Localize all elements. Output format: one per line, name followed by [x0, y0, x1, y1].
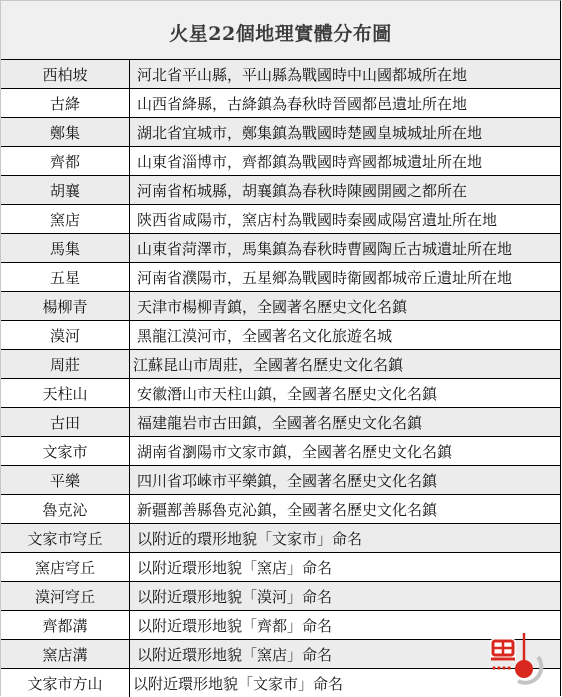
table-title-row: 火星22個地理實體分布圖 — [1, 1, 560, 60]
place-name-cell: 齊都溝 — [1, 611, 130, 639]
table-row: 鄭集 湖北省宜城市，鄭集鎮為戰國時楚國皇城城址所在地 — [1, 118, 560, 147]
table-row: 窯店溝 以附近環形地貌「窯店」命名 — [1, 640, 560, 669]
table-row: 文家市方山 以附近環形地貌「文家市」命名 — [1, 669, 560, 697]
table-row: 西柏坡 河北省平山縣，平山縣為戰國時中山國都城所在地 — [1, 60, 560, 89]
table-row: 漠河 黑龍江漠河市，全國著名文化旅遊名城 — [1, 321, 560, 350]
place-description-cell: 福建龍岩市古田鎮，全國著名歷史文化名鎮 — [130, 408, 560, 436]
place-description-cell: 天津市楊柳青鎮，全國著名歷史文化名鎮 — [130, 292, 560, 320]
table-row: 五星 河南省濮陽市，五星鄉為戰國時衛國都城帝丘遺址所在地 — [1, 263, 560, 292]
place-description-cell: 黑龍江漠河市，全國著名文化旅遊名城 — [130, 321, 560, 349]
place-description-cell: 河南省濮陽市，五星鄉為戰國時衛國都城帝丘遺址所在地 — [130, 263, 560, 291]
table-row: 馬集 山東省菏澤市，馬集鎮為春秋時曹國陶丘古城遺址所在地 — [1, 234, 560, 263]
place-description-cell: 河南省柘城縣，胡襄鎮為春秋時陳國開國之都所在 — [130, 176, 560, 204]
table-row: 文家市穹丘 以附近的環形地貌「文家市」命名 — [1, 524, 560, 553]
place-name-cell: 窯店 — [1, 205, 130, 233]
table-row: 漠河穹丘 以附近環形地貌「漠河」命名 — [1, 582, 560, 611]
table-row: 魯克沁 新疆鄯善縣魯克沁鎮，全國著名歷史文化名鎮 — [1, 495, 560, 524]
place-description-cell: 新疆鄯善縣魯克沁鎮，全國著名歷史文化名鎮 — [130, 495, 560, 523]
place-description-cell: 以附近的環形地貌「文家市」命名 — [130, 524, 560, 552]
place-name-cell: 窯店穹丘 — [1, 553, 130, 581]
place-description-cell: 以附近環形地貌「漠河」命名 — [130, 582, 560, 610]
place-description-cell: 以附近環形地貌「窯店」命名 — [130, 553, 560, 581]
place-description-cell: 四川省邛崍市平樂鎮，全國著名歷史文化名鎮 — [130, 466, 560, 494]
place-name-cell: 周莊 — [1, 350, 130, 378]
place-name-cell: 魯克沁 — [1, 495, 130, 523]
place-name-cell: 平樂 — [1, 466, 130, 494]
document-table-frame: 火星22個地理實體分布圖 西柏坡 河北省平山縣，平山縣為戰國時中山國都城所在地 … — [0, 0, 561, 696]
place-name-cell: 馬集 — [1, 234, 130, 262]
place-name-cell: 天柱山 — [1, 379, 130, 407]
place-description-cell: 山東省淄博市，齊都鎮為戰國時齊國都城遺址所在地 — [130, 147, 560, 175]
place-name-cell: 漠河穹丘 — [1, 582, 130, 610]
table-row: 平樂 四川省邛崍市平樂鎮，全國著名歷史文化名鎮 — [1, 466, 560, 495]
place-description-cell: 陝西省咸陽市，窯店村為戰國時秦國咸陽宮遺址所在地 — [130, 205, 560, 233]
place-name-cell: 鄭集 — [1, 118, 130, 146]
table-title: 火星22個地理實體分布圖 — [169, 15, 391, 46]
place-description-cell: 湖北省宜城市，鄭集鎮為戰國時楚國皇城城址所在地 — [130, 118, 560, 146]
place-name-cell: 漠河 — [1, 321, 130, 349]
table-row: 古田 福建龍岩市古田鎮，全國著名歷史文化名鎮 — [1, 408, 560, 437]
place-description-cell: 山東省菏澤市，馬集鎮為春秋時曹國陶丘古城遺址所在地 — [130, 234, 560, 262]
dot-news-logo-icon — [488, 633, 544, 689]
place-name-cell: 楊柳青 — [1, 292, 130, 320]
place-name-cell: 文家市方山 — [1, 669, 130, 697]
table-row: 胡襄 河南省柘城縣，胡襄鎮為春秋時陳國開國之都所在 — [1, 176, 560, 205]
table-row: 天柱山 安徽潛山市天柱山鎮，全國著名歷史文化名鎮 — [1, 379, 560, 408]
place-name-cell: 胡襄 — [1, 176, 130, 204]
place-name-cell: 窯店溝 — [1, 640, 130, 668]
place-name-cell: 西柏坡 — [1, 60, 130, 88]
place-description-cell: 江蘇昆山市周莊，全國著名歷史文化名鎮 — [130, 350, 560, 378]
place-name-cell: 文家市 — [1, 437, 130, 465]
place-name-cell: 文家市穹丘 — [1, 524, 130, 552]
table-row: 楊柳青 天津市楊柳青鎮，全國著名歷史文化名鎮 — [1, 292, 560, 321]
place-name-cell: 古絳 — [1, 89, 130, 117]
table-row: 古絳 山西省絳縣，古絳鎮為春秋時晉國都邑遺址所在地 — [1, 89, 560, 118]
place-description-cell: 山西省絳縣，古絳鎮為春秋時晉國都邑遺址所在地 — [130, 89, 560, 117]
table-row: 齊都 山東省淄博市，齊都鎮為戰國時齊國都城遺址所在地 — [1, 147, 560, 176]
place-description-cell: 湖南省瀏陽市文家市鎮，全國著名歷史文化名鎮 — [130, 437, 560, 465]
table-row: 周莊 江蘇昆山市周莊，全國著名歷史文化名鎮 — [1, 350, 560, 379]
table-row: 文家市 湖南省瀏陽市文家市鎮，全國著名歷史文化名鎮 — [1, 437, 560, 466]
place-description-cell: 安徽潛山市天柱山鎮，全國著名歷史文化名鎮 — [130, 379, 560, 407]
table-row: 齊都溝 以附近環形地貌「齊都」命名 — [1, 611, 560, 640]
table-row: 窯店 陝西省咸陽市，窯店村為戰國時秦國咸陽宮遺址所在地 — [1, 205, 560, 234]
table-row: 窯店穹丘 以附近環形地貌「窯店」命名 — [1, 553, 560, 582]
place-names-table: 西柏坡 河北省平山縣，平山縣為戰國時中山國都城所在地 古絳 山西省絳縣，古絳鎮為… — [1, 60, 560, 697]
place-name-cell: 五星 — [1, 263, 130, 291]
place-description-cell: 河北省平山縣，平山縣為戰國時中山國都城所在地 — [130, 60, 560, 88]
place-name-cell: 齊都 — [1, 147, 130, 175]
place-name-cell: 古田 — [1, 408, 130, 436]
